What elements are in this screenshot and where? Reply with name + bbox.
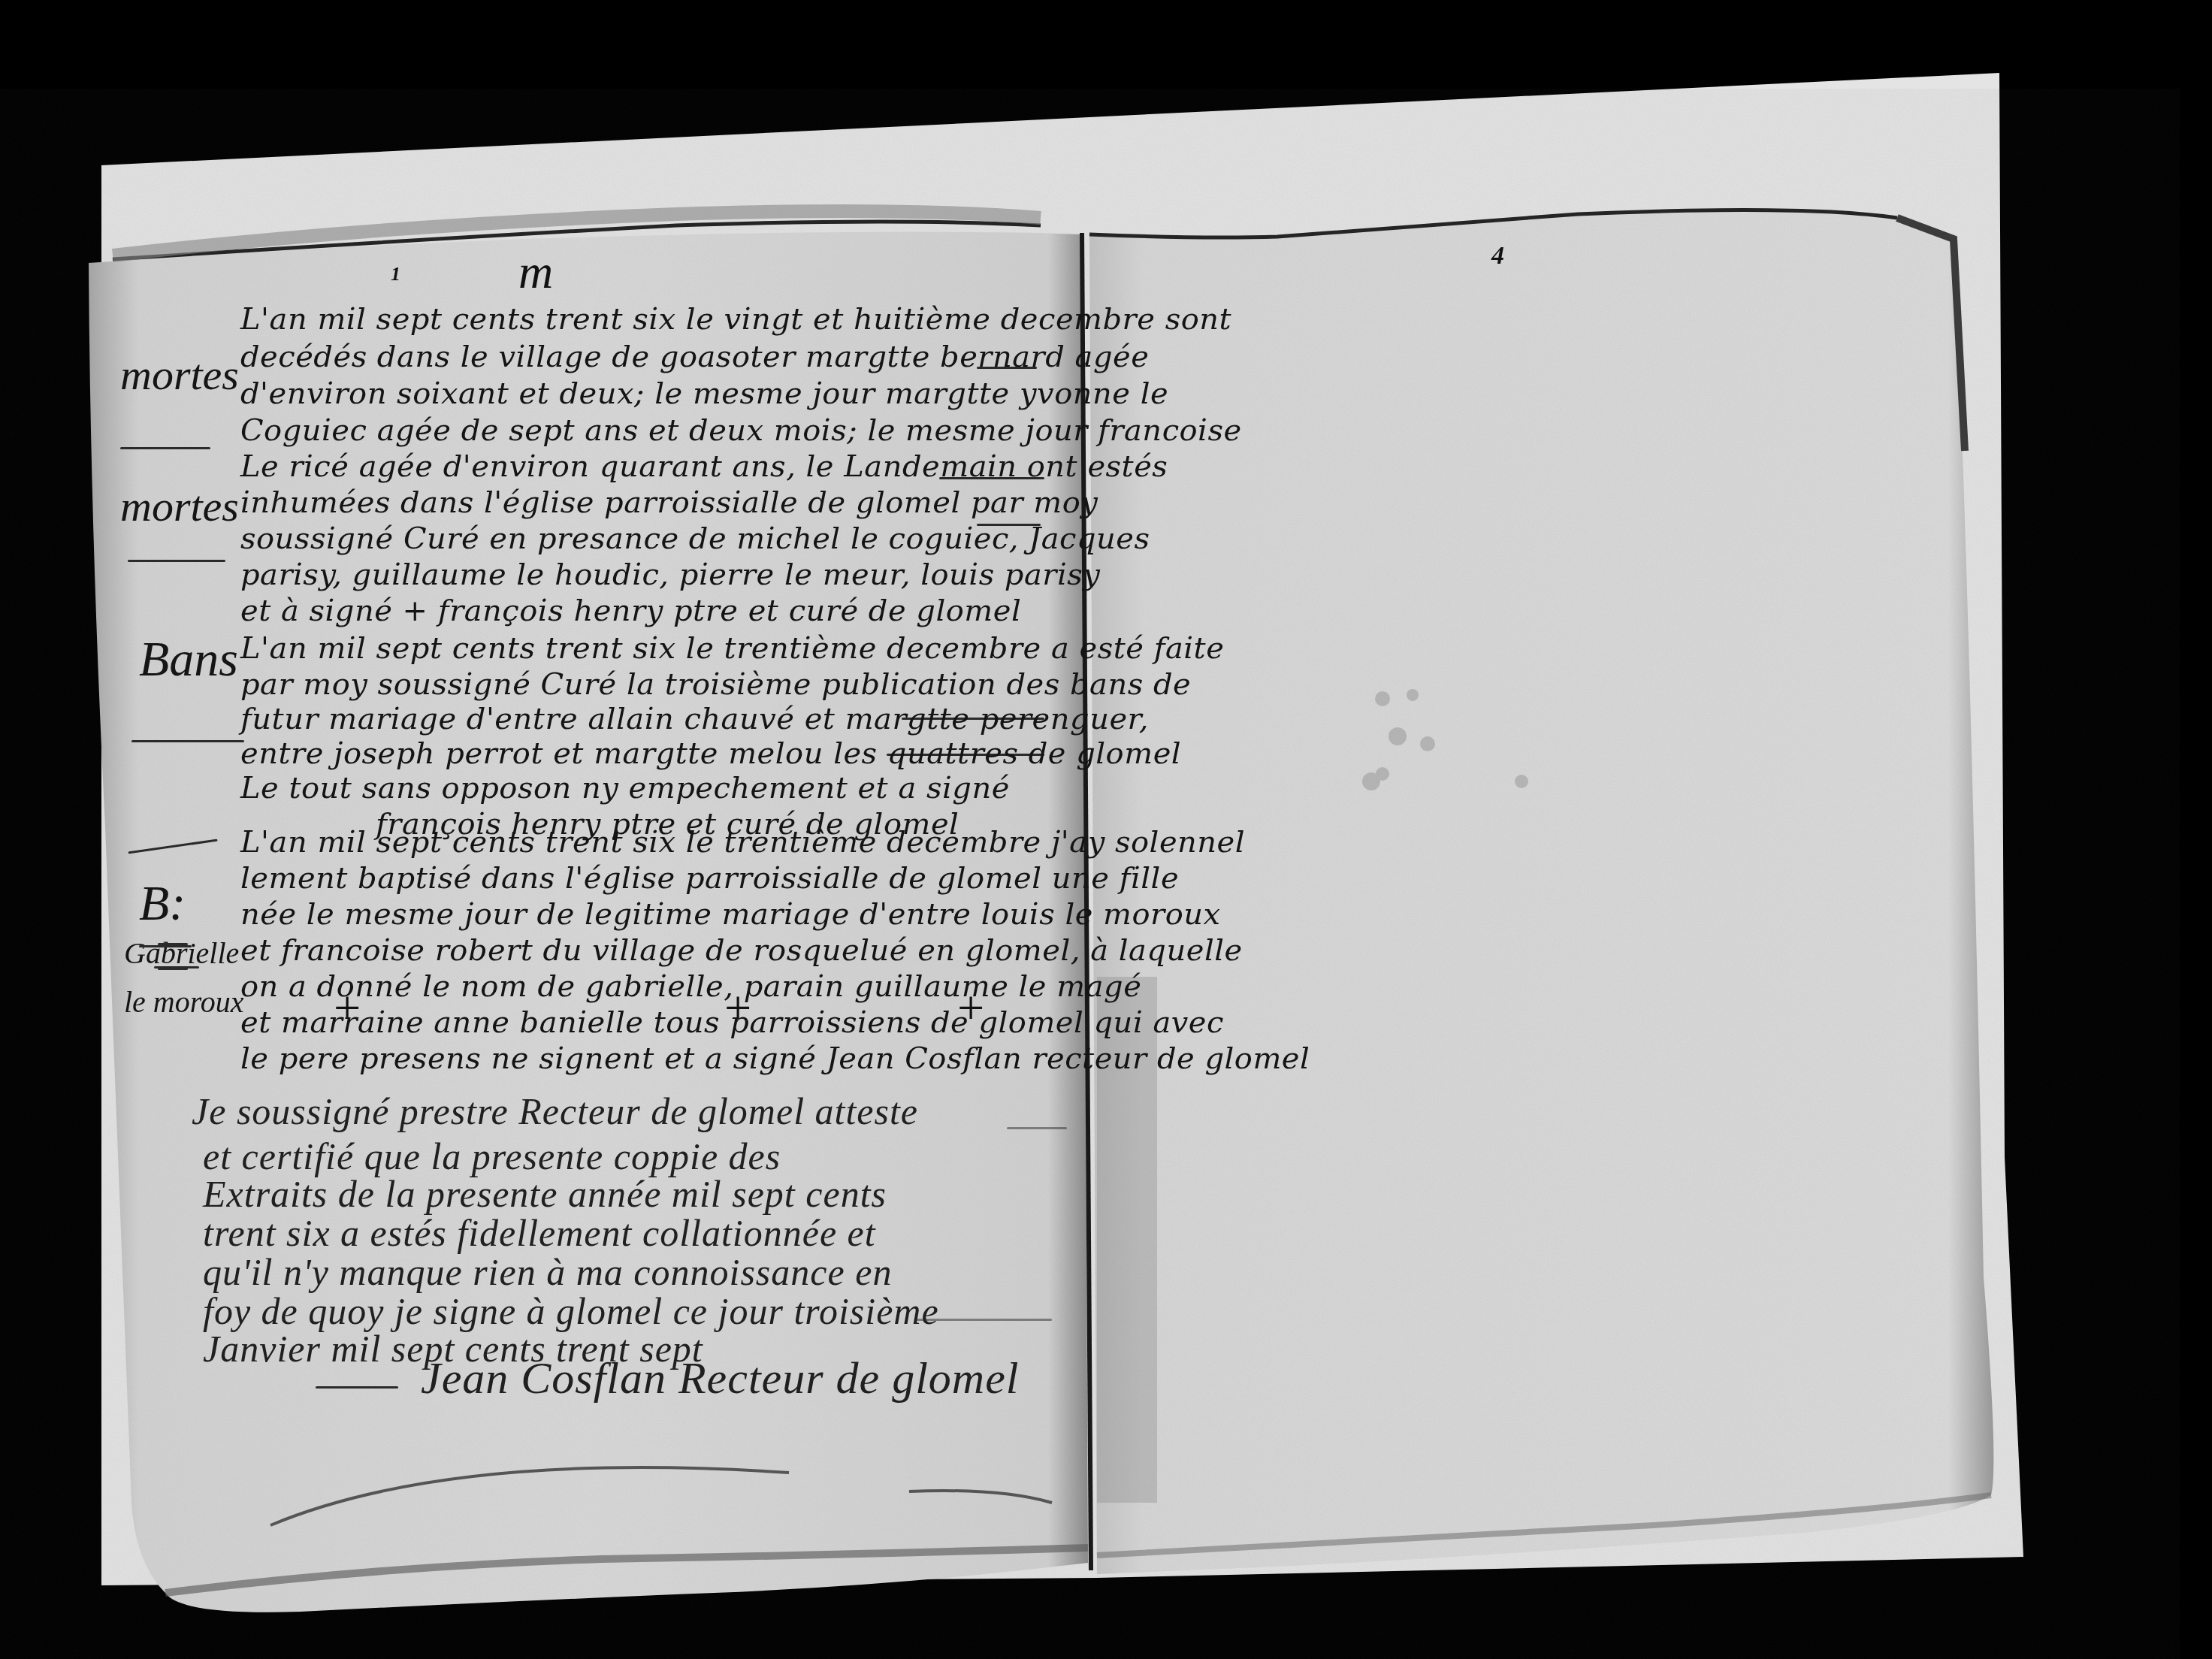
text-line: par moy soussigné Curé la troisième publ… [240,667,1191,702]
text-line: soussigné Curé en presance de michel le … [240,521,1150,556]
cross-mark: + [954,981,987,1036]
text-line: L'an mil sept cents trent six le trentiè… [240,631,1224,666]
text-line: parisy, guillaume le houdic, pierre le m… [240,558,1100,592]
margin-label-le-moroux: le moroux [124,984,244,1020]
text-line: d'environ soixant et deux; le mesme jour… [240,376,1168,411]
margin-number: 1 [391,263,400,286]
cert-line: Je soussigné prestre Recteur de glomel a… [192,1089,918,1133]
text-line: Le ricé agée d'environ quarant ans, le L… [240,449,1168,484]
signature: Jean Cosflan Recteur de glomel [421,1352,1019,1404]
text-line: et francoise robert du village de rosque… [240,933,1243,968]
margin-label-mortes-2: mortes [120,481,239,531]
text-line: decédés dans le village de goasoter marg… [240,340,1149,374]
margin-label-mortes: mortes [120,349,239,400]
margin-label-b: B: [139,875,186,932]
cert-line: trent six a estés fidellement collationn… [203,1211,876,1255]
text-line: L'an mil sept cents trent six le trentiè… [240,825,1245,860]
margin-label-bans: Bans [139,631,238,688]
text-line: inhumées dans l'église parroissialle de … [240,485,1098,520]
text-line: Coguiec agée de sept ans et deux mois; l… [240,413,1242,448]
cert-line: qu'il n'y manque rien à ma connoissance … [203,1250,892,1294]
text-line: le pere presens ne signent et a signé Je… [240,1041,1310,1076]
cert-line: Extraits de la presente année mil sept c… [203,1172,887,1216]
text-line: L'an mil sept cents trent six le vingt e… [240,302,1231,337]
margin-label-gabrielle: Gabrielle [124,935,239,971]
text-line: futur mariage d'entre allain chauvé et m… [240,702,1149,736]
cross-mark: + [331,981,363,1036]
folio-mark: m [518,244,553,300]
text-line: Le tout sans opposon ny empechement et a… [240,771,1010,805]
cross-mark: + [721,981,754,1036]
text-line: et à signé + françois henry ptre et curé… [240,594,1021,628]
text-line: lement baptisé dans l'église parroissial… [240,861,1179,896]
folio-number: 4 [1491,242,1504,270]
text-line: on a donné le nom de gabrielle, parain g… [240,969,1141,1004]
text-line: née le mesme jour de legitime mariage d'… [240,897,1221,932]
text-line: entre joseph perrot et margtte melou les… [240,736,1181,771]
